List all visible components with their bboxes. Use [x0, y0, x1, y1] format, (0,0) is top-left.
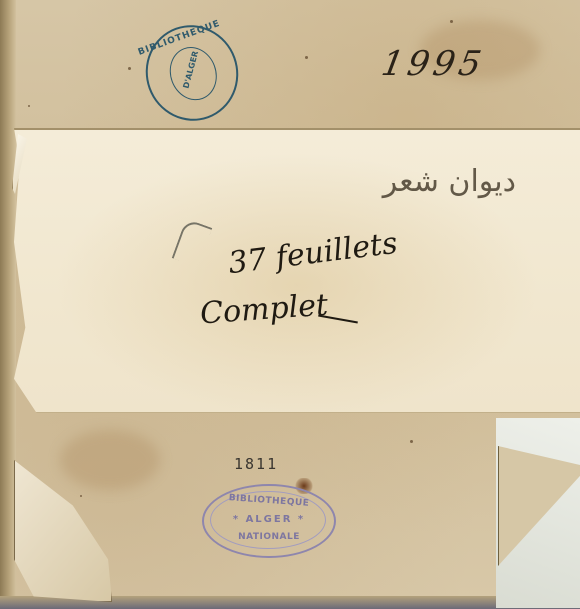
handwritten-shelfmark: 1995: [378, 44, 488, 84]
arabic-title: ديوان شعر: [296, 164, 516, 199]
cover-spine-edge: [0, 0, 16, 609]
foxing-speck: [410, 440, 413, 443]
manuscript-cover: BIBLIOTHEQUE D'ALGER 1995 ديوان شعر 37 f…: [0, 0, 580, 609]
stamp-bottom-line2: * ALGER *: [204, 514, 334, 525]
library-stamp-bottom: BIBLIOTHEQUE * ALGER * NATIONALE: [202, 484, 336, 558]
inventory-number: 1811: [234, 455, 278, 473]
foxing-speck: [80, 495, 82, 497]
foxing-speck: [305, 56, 308, 59]
stamp-bottom-line3: NATIONALE: [204, 532, 334, 542]
foxing-speck: [128, 67, 131, 70]
foxing-speck: [450, 20, 453, 23]
water-stain: [60, 430, 160, 490]
foxing-speck: [28, 105, 30, 107]
library-stamp-top: BIBLIOTHEQUE D'ALGER: [132, 12, 251, 134]
